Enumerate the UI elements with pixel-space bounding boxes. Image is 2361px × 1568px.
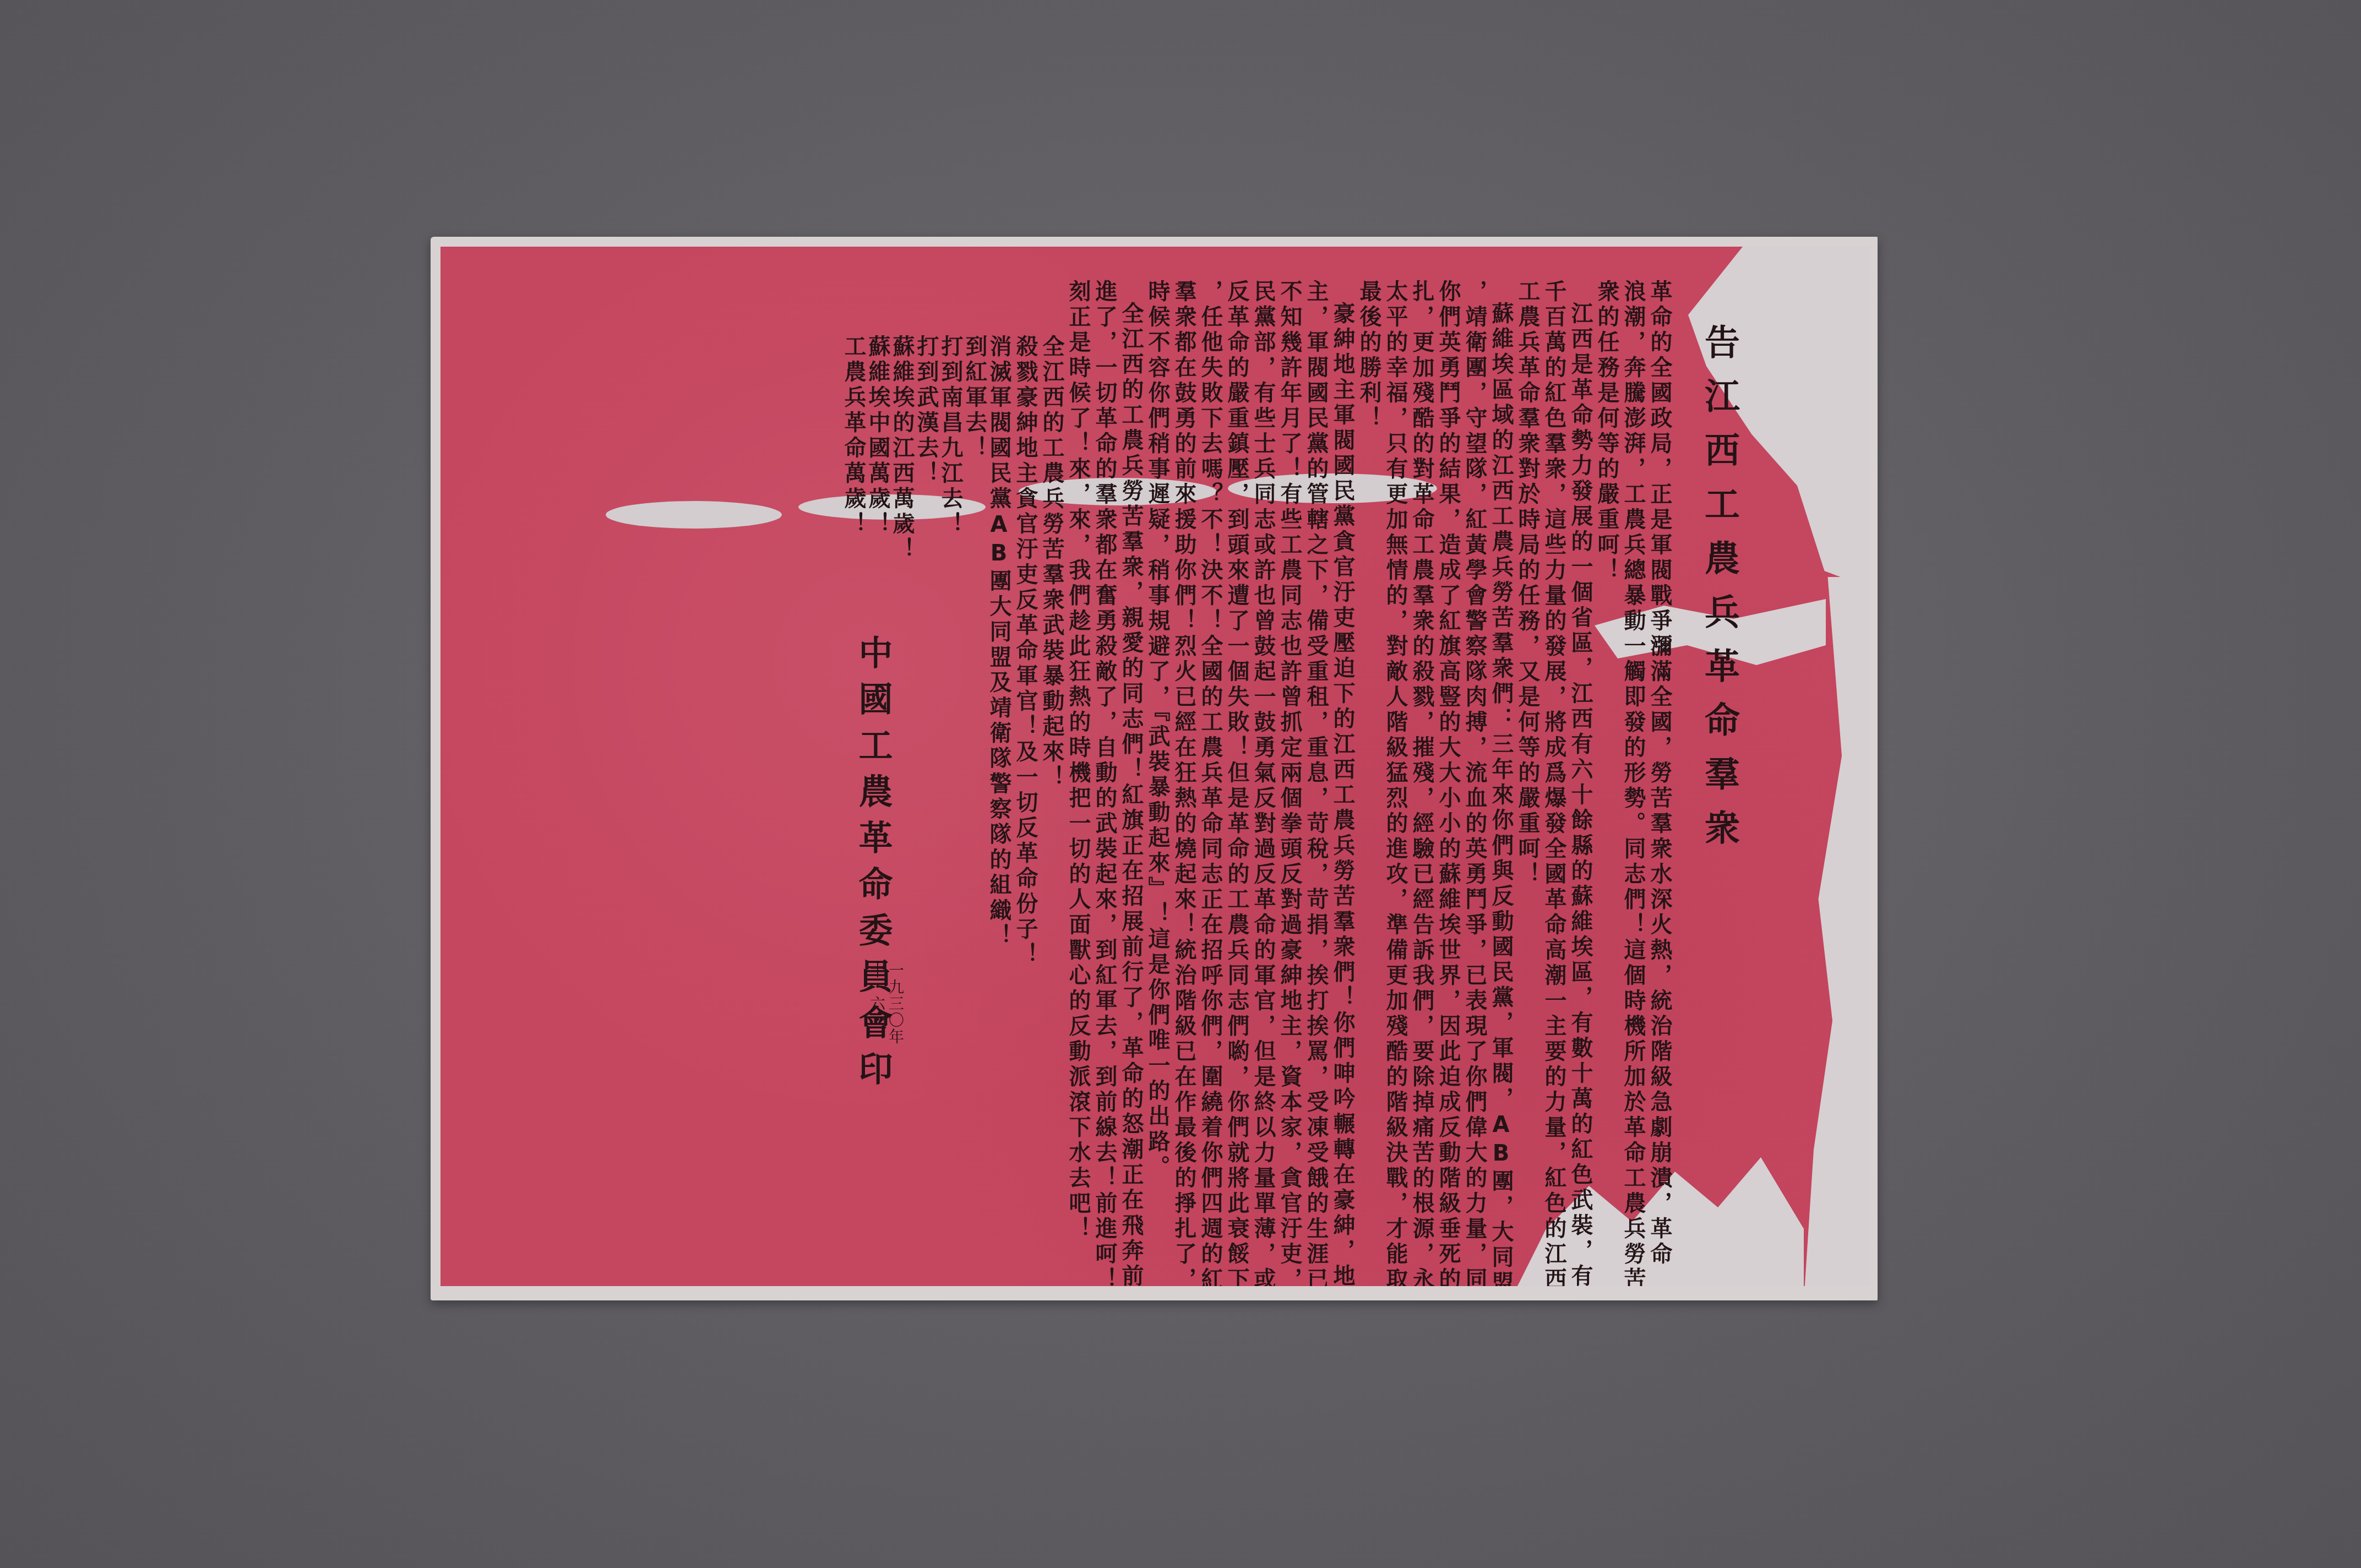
body-column: 主，軍閥國民黨的管轄之下，備受重租，重息，苛稅，苛捐，挨打挨罵，受凍受餓的生涯已 [1305, 280, 1327, 1286]
date-year: 一九三〇年 [888, 962, 903, 1045]
body-column: 千百萬的紅色羣衆，這些力量的發展，將成爲爆發全國革命高潮一主要的力量，紅色的江西 [1543, 280, 1565, 1286]
slogan: 打到武漢去！ [915, 335, 937, 487]
slogan: 蘇維埃中國萬歲！ [867, 335, 889, 537]
body-column: ，靖衛團，守望隊，紅黃學會警察隊肉搏，流血的英勇鬥爭，已表現了你們偉大的力量，同… [1464, 280, 1486, 1286]
slogan: 打到南昌九江去！ [939, 335, 961, 537]
body-column: 蘇維埃區域的江西工農兵勞苦羣衆們：三年來你們與反動國民黨，軍閥，AB團，大同盟 [1490, 302, 1512, 1286]
red-printed-area: 告江西工農兵革命羣衆 革命的全國政局，正是軍閥戰爭瀰滿全國，勞苦羣衆水深火熱，統… [440, 247, 1870, 1286]
slogan: 殺戮豪紳地主貪官汙吏反革命軍官！及一切反革命份子！ [1014, 335, 1036, 968]
body-column: 太平的幸福，只有更加無情的，對敵人階級猛烈的進攻，準備更加殘酷的階級決戰，才能取… [1384, 280, 1406, 1286]
body-column: ，任他失敗下去嗎？不！決不！全國的工農兵革命同志正在招呼你們，圍繞着你們四週的紅… [1199, 280, 1221, 1286]
body-column: 反革命的嚴重鎮壓，到頭來遭了一個失敗！但是革命的工農兵同志們喲，你們就將此衰餒下… [1226, 280, 1248, 1286]
slogan: 全江西的工農兵勞苦羣衆武裝暴動起來！ [1041, 335, 1063, 791]
slogan: 到紅軍去！ [964, 335, 986, 461]
slogan: 消滅軍閥國民黨AB團大同盟及靖衛隊警察隊的組織！ [988, 335, 1010, 949]
body-column: 扎，更加殘酷的對革命工農羣衆的殺戮，摧殘，經驗已經告訴我們，要除掉痛苦的根源，永… [1411, 280, 1433, 1286]
body-column: 不知幾許年月了！有些工農同志也許曾抓定兩個拳頭反對過豪紳地主，資本家，貪官汙吏，… [1279, 280, 1301, 1286]
body-column: 羣衆都在鼓勇的前來援助你們！烈火已經在狂熱的燒起來！統治階級已在作最後的掙扎了，… [1173, 280, 1195, 1286]
document-title: 告江西工農兵革命羣衆 [1701, 324, 1737, 863]
body-column: 最後的勝利！ [1358, 280, 1380, 432]
body-column: 進了，一切革命的羣衆都在奮勇殺敵了，自動的武裝起來，到紅軍去，到前線去！前進呵！… [1094, 280, 1116, 1286]
body-column: 刻正是時候了！來，來，我們趁此狂熱的時機把一切的人面獸心的反動派滾下水去吧！ [1067, 280, 1089, 1242]
body-column: 工農兵革命羣衆對於時局的任務，又是何等的嚴重呵！ [1516, 280, 1538, 888]
slogan: 工農兵革命萬歲！ [842, 335, 864, 537]
body-column: 江西是革命勢力發展的一個省區，江西有六十餘縣的蘇維埃區，有數十萬的紅色武裝，有 [1569, 302, 1591, 1286]
body-column: 浪潮，奔騰澎湃，工農兵總暴動一觸即發的形勢。同志們！這個時機所加於革命工農兵勞苦… [1622, 280, 1644, 1286]
body-column: 民黨部，有些士兵同志或許也曾鼓起一鼓勇氣反對過反革命的軍官，但是終以力量單薄，或… [1252, 280, 1274, 1286]
body-column: 你們英勇鬥爭的結果，造成了紅旗高豎的大大小小的蘇維埃世界，因此迫成反動階級垂死的… [1437, 280, 1459, 1286]
body-column: 革命的全國政局，正是軍閥戰爭瀰滿全國，勞苦羣衆水深火熱，統治階級急劇崩潰，革命 [1649, 280, 1671, 1267]
body-column: 衆的任務是何等的嚴重呵！ [1596, 280, 1618, 584]
body-column: 全江西的工農兵勞苦羣衆，親愛的同志們！紅旗正在招展前行了，革命的怒潮正在飛奔前 [1120, 302, 1142, 1286]
body-column: 豪紳地主軍閥國民黨貪官汙吏壓迫下的江西工農兵勞苦羣衆們！你們呻吟輾轉在豪紳，地 [1331, 302, 1353, 1286]
historical-leaflet: 告江西工農兵革命羣衆 革命的全國政局，正是軍閥戰爭瀰滿全國，勞苦羣衆水深火熱，統… [431, 237, 1878, 1300]
body-column: 時候不容你們稍事遲疑，稍事規避了，『武裝暴動起來』！這是你們唯一的出路。 [1146, 280, 1168, 1180]
text-columns: 告江西工農兵革命羣衆 革命的全國政局，正是軍閥戰爭瀰滿全國，勞苦羣衆水深火熱，統… [440, 247, 1870, 1286]
slogan: 蘇維埃的江西萬歲！ [891, 335, 913, 563]
date-month-day: 十・六・ [869, 962, 884, 1028]
